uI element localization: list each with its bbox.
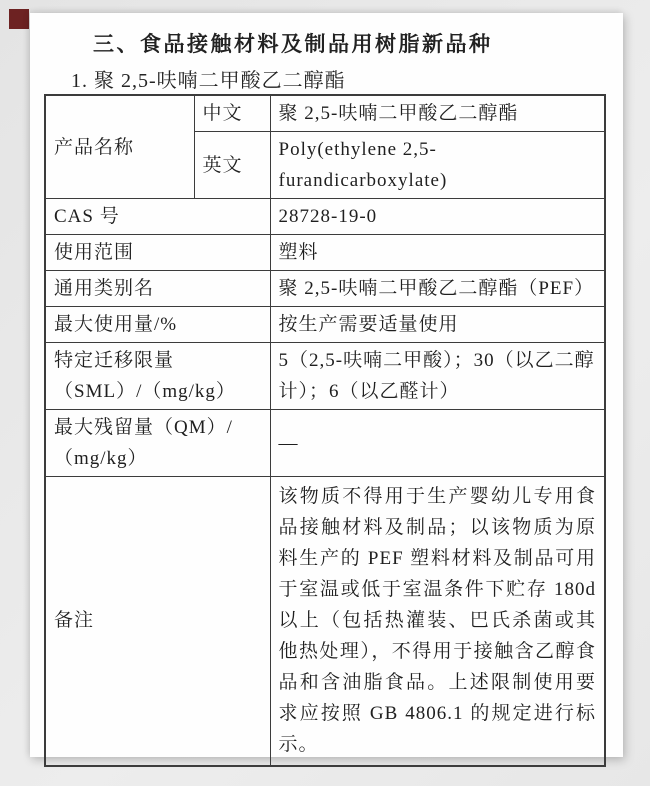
- table-row-scope: 使用范围 塑料: [45, 235, 605, 271]
- screenshot-canvas: 三、食品接触材料及制品用树脂新品种 1. 聚 2,5-呋喃二甲酸乙二醇酯 产品名…: [0, 0, 650, 786]
- chinese-name-value: 聚 2,5-呋喃二甲酸乙二醇酯: [270, 95, 605, 132]
- english-name-value: Poly(ethylene 2,5-furandicarboxylate): [270, 132, 605, 199]
- qm-value: —: [270, 410, 605, 477]
- english-label: 英文: [194, 132, 270, 199]
- table-row-qm: 最大残留量（QM）/（mg/kg） —: [45, 410, 605, 477]
- max-usage-value: 按生产需要适量使用: [270, 307, 605, 343]
- sml-value: 5（2,5-呋喃二甲酸）；30（以乙二醇计）；6（以乙醛计）: [270, 343, 605, 410]
- remark-value: 该物质不得用于生产婴幼儿专用食品接触材料及制品；以该物质为原料生产的 PEF 塑…: [270, 477, 605, 766]
- generic-name-label: 通用类别名: [45, 271, 270, 307]
- table-row-remark: 备注 该物质不得用于生产婴幼儿专用食品接触材料及制品；以该物质为原料生产的 PE…: [45, 477, 605, 766]
- table-row-sml: 特定迁移限量（SML）/（mg/kg） 5（2,5-呋喃二甲酸）；30（以乙二醇…: [45, 343, 605, 410]
- cas-value: 28728-19-0: [270, 199, 605, 235]
- corner-mark: [9, 9, 29, 29]
- qm-label: 最大残留量（QM）/（mg/kg）: [45, 410, 270, 477]
- table-row-max-usage: 最大使用量/% 按生产需要适量使用: [45, 307, 605, 343]
- section-title: 三、食品接触材料及制品用树脂新品种: [93, 28, 493, 58]
- item-title: 1. 聚 2,5-呋喃二甲酸乙二醇酯: [71, 64, 346, 93]
- cas-label: CAS 号: [45, 199, 270, 235]
- scope-value: 塑料: [270, 235, 605, 271]
- table-row-cas: CAS 号 28728-19-0: [45, 199, 605, 235]
- document-page: 三、食品接触材料及制品用树脂新品种 1. 聚 2,5-呋喃二甲酸乙二醇酯 产品名…: [30, 13, 623, 757]
- generic-name-value: 聚 2,5-呋喃二甲酸乙二醇酯（PEF）: [270, 271, 605, 307]
- table-row-generic-name: 通用类别名 聚 2,5-呋喃二甲酸乙二醇酯（PEF）: [45, 271, 605, 307]
- resin-spec-table: 产品名称 中文 聚 2,5-呋喃二甲酸乙二醇酯 英文 Poly(ethylene…: [44, 94, 606, 767]
- scope-label: 使用范围: [45, 235, 270, 271]
- table-row-chinese-name: 产品名称 中文 聚 2,5-呋喃二甲酸乙二醇酯: [45, 95, 605, 132]
- chinese-label: 中文: [194, 95, 270, 132]
- product-name-label: 产品名称: [45, 95, 194, 199]
- sml-label: 特定迁移限量（SML）/（mg/kg）: [45, 343, 270, 410]
- max-usage-label: 最大使用量/%: [45, 307, 270, 343]
- remark-label: 备注: [45, 477, 270, 766]
